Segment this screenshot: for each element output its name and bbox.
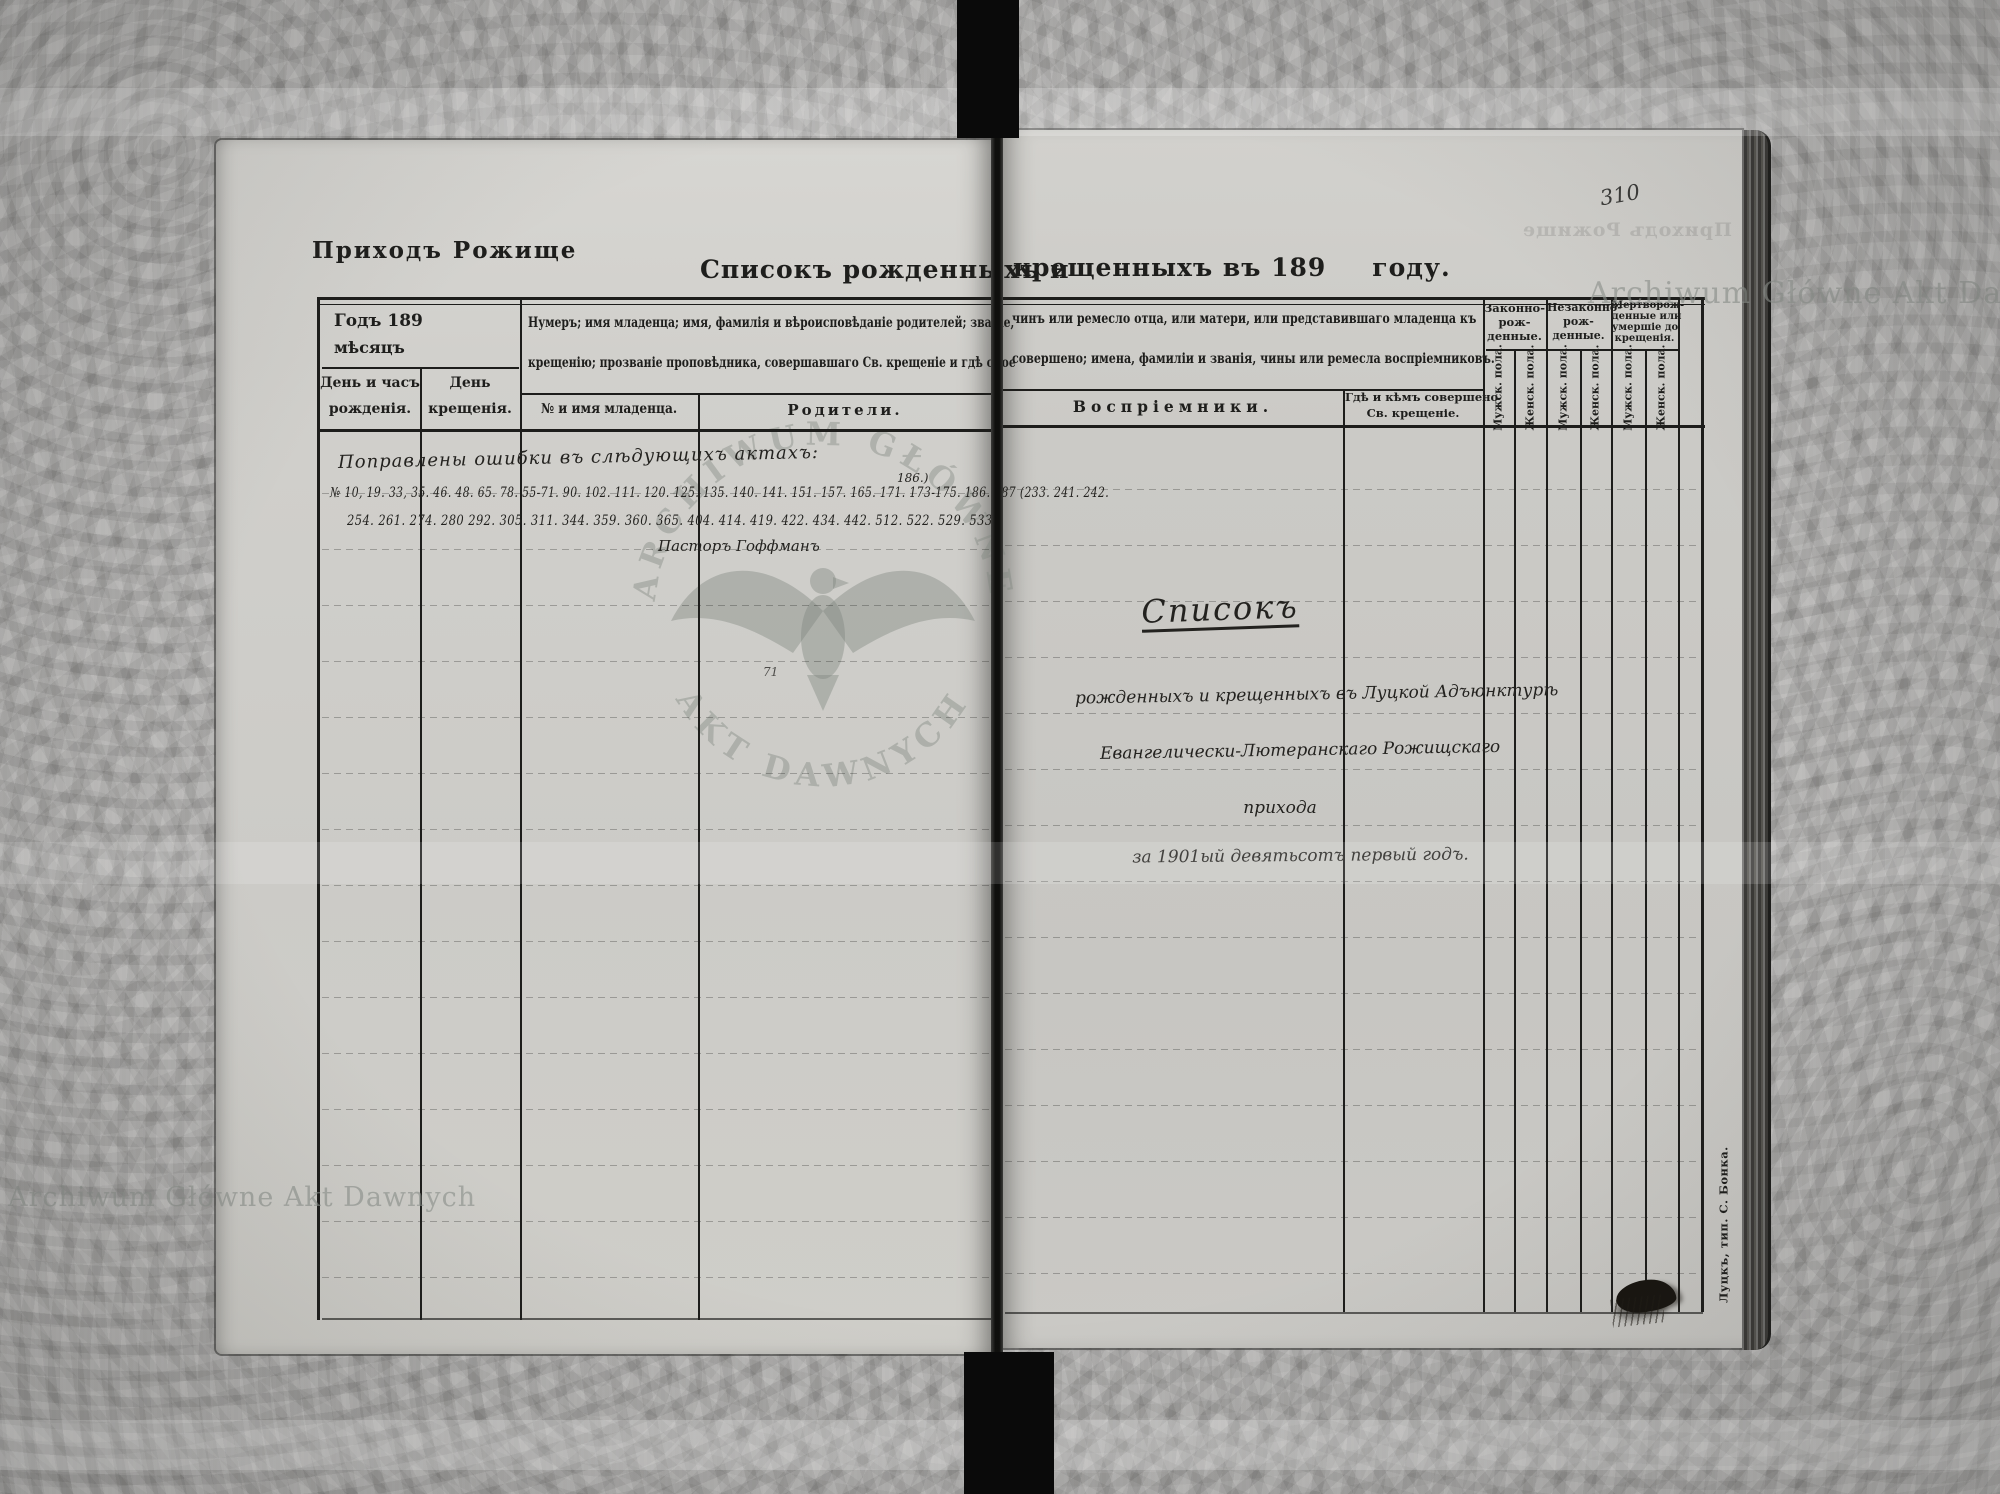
- handwritten-list-line4: за 1901ый девятьсотъ первый годъ.: [1118, 845, 1483, 867]
- handwritten-numbers-line2: 254. 261. 274. 280 292. 305. 311. 344. 3…: [347, 514, 993, 529]
- handwritten-list-line3: прихода: [1195, 799, 1365, 818]
- archive-watermark-top-right: Archiwum Główne Akt Dawnych: [1588, 276, 2000, 311]
- register-title-right-text: крещенныхъ въ 189: [1013, 253, 1326, 282]
- sub-col-male-label: Мужск. пола.: [1492, 338, 1505, 438]
- where-col-line1: Гдѣ и кѣмъ совершено: [1345, 391, 1481, 404]
- group-stillborn-line2: денные или: [1612, 311, 1677, 323]
- gridline: [1701, 297, 1704, 1312]
- gridline: [1678, 297, 1680, 1312]
- group-illegitimate-line2: рож-: [1547, 316, 1610, 329]
- register-title-right: крещенныхъ въ 189году.: [1013, 254, 1451, 283]
- gridline: [322, 1318, 991, 1320]
- gridline: [1546, 297, 1548, 1312]
- register-title-year-word: году.: [1372, 253, 1450, 282]
- birth-col-line2: рожденія.: [320, 401, 420, 417]
- gridline: [420, 367, 422, 1320]
- baptism-col-line2: крещенія.: [420, 401, 520, 417]
- gridline: [520, 393, 991, 395]
- year-cell-line1: Годъ 189: [334, 312, 423, 332]
- book-fold: [991, 131, 1003, 1352]
- year-cell-line2: мѣсяцъ: [334, 339, 405, 357]
- group-stillborn-line3: умершіе до: [1612, 322, 1677, 334]
- sub-col-female-label: Женск. пола.: [1524, 338, 1537, 438]
- gridline: [317, 297, 320, 1320]
- number-name-col: № и имя младенца.: [531, 402, 688, 418]
- ruled-lines-right: [1005, 434, 1699, 1312]
- where-col-line2: Св. крещеніе.: [1345, 407, 1481, 420]
- film-marker-top: [957, 0, 1019, 138]
- birth-col-line1: День и часъ: [320, 375, 420, 391]
- gridline: [1645, 349, 1647, 1312]
- godparents-col: Воспріемники.: [1005, 398, 1341, 416]
- parents-col: Родители.: [700, 402, 990, 419]
- archive-watermark-bottom-left: Archiwum Główne Akt Dawnych: [8, 1182, 476, 1213]
- gridline: [698, 393, 700, 1320]
- handwritten-list-title: Списокъ: [1119, 589, 1320, 631]
- sub-col-male-label: Мужск. пола.: [1557, 338, 1570, 438]
- description-right-line1: чинъ или ремесло отца, или матери, или п…: [1012, 312, 1476, 328]
- baptism-col-line1: День: [420, 375, 520, 391]
- group-legitimate-line2: рож-: [1484, 316, 1545, 329]
- gridline: [1514, 349, 1516, 1312]
- gridline: [1611, 297, 1613, 1312]
- ink-smear: [1610, 1294, 1665, 1327]
- gridline: [1580, 349, 1582, 1312]
- gridline: [1005, 1312, 1703, 1314]
- handwritten-stray-mark: 71: [763, 666, 778, 679]
- group-legitimate-line1: Законно-: [1484, 302, 1545, 315]
- sub-col-female-label: Женск. пола.: [1589, 338, 1602, 438]
- gridline: [320, 297, 993, 300]
- description-left-line2: крещенію; прозваніе проповѣдника, соверш…: [528, 356, 1016, 372]
- parish-heading: Приходъ Рожище: [312, 238, 577, 264]
- sub-col-male-label: Мужск. пола.: [1622, 338, 1635, 438]
- description-left-line1: Нумеръ; имя младенца; имя, фамилія и вѣр…: [528, 316, 1014, 332]
- handwritten-note-superscript: 186.): [897, 472, 928, 485]
- printer-imprint: Луцкъ, тип. С. Бонка.: [1717, 1145, 1730, 1305]
- microfilm-scan: ARCHIWUM GŁÓWNE AKT DAWNYCH: [0, 0, 2000, 1494]
- bleedthrough-parish-title: Приходъ Рожище: [1482, 220, 1732, 242]
- gridline: [1483, 297, 1485, 1312]
- description-right-line2: совершено; имена, фамиліи и званія, чины…: [1012, 352, 1495, 368]
- film-marker-bottom: [964, 1352, 1054, 1494]
- book-page-edges: [1742, 130, 1771, 1350]
- gridline: [320, 304, 993, 305]
- handwritten-signature: Пасторъ Гоффманъ: [658, 538, 820, 555]
- sub-col-female-label: Женск. пола.: [1655, 338, 1668, 438]
